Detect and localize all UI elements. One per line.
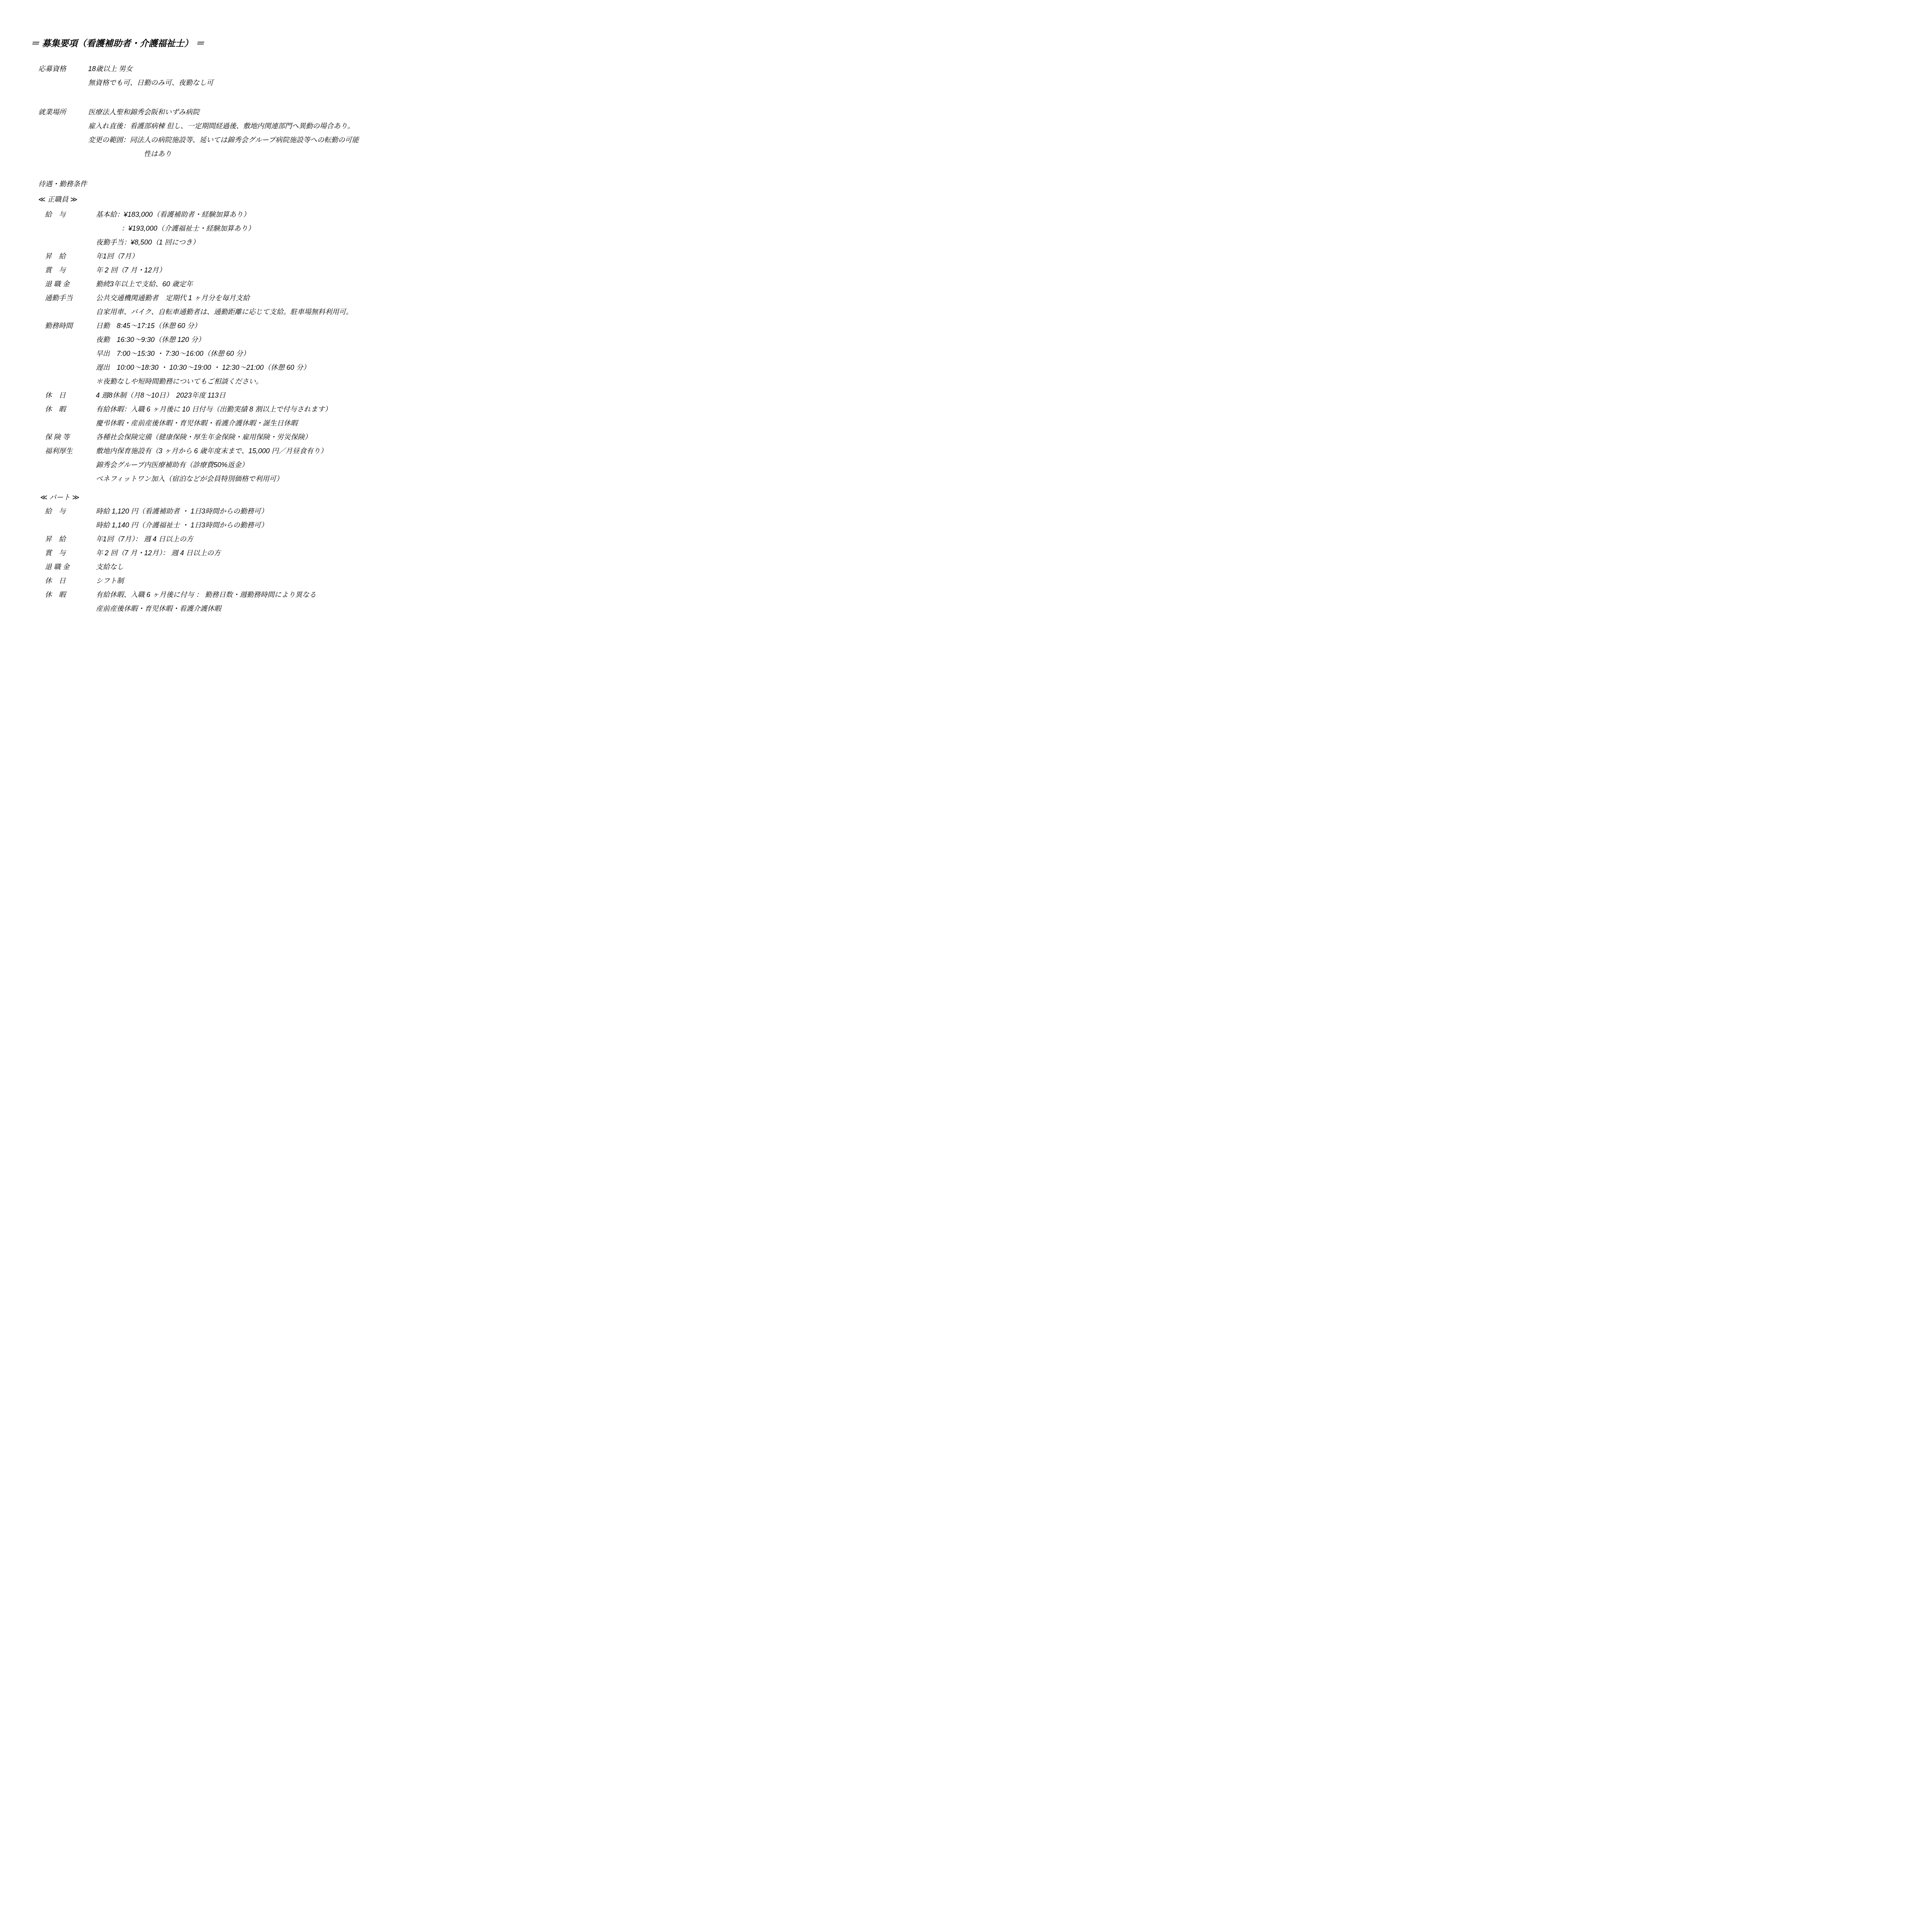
row-fulltime-bonus: 賞 与 年 2 回（7 月・12月） bbox=[0, 263, 479, 277]
field-label-holidays: 休 日 bbox=[45, 388, 66, 402]
row-parttime-holidays: 休 日 シフト制 bbox=[0, 574, 479, 588]
row-workplace-cont: 性はあり bbox=[0, 147, 479, 161]
row-qualification: 応募資格 18歳以上 男女 bbox=[0, 62, 479, 76]
row-fulltime-raise: 昇 給 年1回（7月） bbox=[0, 249, 479, 263]
row-fulltime-hours-note: ＊夜勤なしや短時間勤務についてもご相談ください。 bbox=[0, 374, 479, 388]
row-fulltime-salary: 給 与 基本給：¥183,000（看護補助者・経験加算あり） bbox=[0, 207, 479, 221]
row-parttime-retirement: 退 職 金 支給なし bbox=[0, 560, 479, 574]
row-qualification-cont: 無資格でも可、日勤のみ可、夜勤なし可 bbox=[0, 76, 479, 90]
row-parttime-leave: 休 暇 有給休暇、入職 6 ヶ月後に付与 ： 勤務日数・週勤務時間により異なる bbox=[0, 588, 479, 602]
row-parttime-leave-cont: 産前産後休暇・育児休暇・看護介護休暇 bbox=[0, 602, 479, 616]
row-parttime-bonus: 賞 与 年 2 回（7 月・12月）： 週 4 日以上の方 bbox=[0, 546, 479, 560]
field-value: 有給休暇：入職 6 ヶ月後に 10 日付与（出勤実績 8 割以上で付与されます） bbox=[96, 402, 332, 416]
field-value: 公共交通機関通勤者 定期代 1 ヶ月分を毎月支給 bbox=[96, 291, 250, 305]
field-value: 基本給：¥183,000（看護補助者・経験加算あり） bbox=[96, 207, 250, 221]
row-parttime-salary: 給 与 時給 1,120 円（看護補助者 ・ 1日3時間からの勤務可） bbox=[0, 504, 479, 518]
field-label-insurance: 保 険 等 bbox=[45, 430, 70, 444]
field-value: 自家用車、バイク、自転車通勤者は、通勤距離に応じて支給。駐車場無料利用可。 bbox=[96, 305, 353, 319]
field-label-raise: 昇 給 bbox=[45, 532, 66, 546]
field-value: 雇入れ直後：看護部病棟 但し、一定期間経過後、敷地内関連部門へ異動の場合あり。 bbox=[88, 119, 354, 133]
field-value: シフト制 bbox=[96, 574, 124, 588]
row-workplace: 就業場所 医療法人聖和錦秀会阪和いずみ病院 bbox=[0, 105, 479, 119]
field-label-leave: 休 暇 bbox=[45, 588, 66, 602]
field-value: 遅出 10:00～18:30 ・ 10:30～19:00 ・ 12:30～21:… bbox=[96, 361, 310, 374]
field-value: 時給 1,140 円（介護福祉士 ・ 1日3時間からの勤務可） bbox=[96, 518, 268, 532]
row-workplace-cont: 雇入れ直後：看護部病棟 但し、一定期間経過後、敷地内関連部門へ異動の場合あり。 bbox=[0, 119, 479, 133]
field-label-hours: 勤務時間 bbox=[45, 319, 73, 333]
field-label-holidays: 休 日 bbox=[45, 574, 66, 588]
field-value: 年 2 回（7 月・12月）： 週 4 日以上の方 bbox=[96, 546, 221, 560]
field-label-raise: 昇 給 bbox=[45, 249, 66, 263]
field-value: 年1回（7月） bbox=[96, 249, 138, 263]
field-value: 変更の範囲：同法人の病院施設等、延いては錦秀会グループ病院施設等への転勤の可能 bbox=[88, 133, 359, 147]
row-fulltime-leave-cont: 慶弔休暇・産前産後休暇・育児休暇・看護介護休暇・誕生日休暇 bbox=[0, 416, 479, 430]
row-fulltime-salary-cont: ：¥193,000（介護福祉士・経験加算あり） bbox=[0, 221, 479, 235]
field-label-benefits: 福利厚生 bbox=[45, 444, 73, 458]
field-value: 性はあり bbox=[144, 147, 172, 161]
field-value: 勤続3年以上で支給、60 歳定年 bbox=[96, 277, 193, 291]
row-fulltime-commute-cont: 自家用車、バイク、自転車通勤者は、通勤距離に応じて支給。駐車場無料利用可。 bbox=[0, 305, 479, 319]
field-label-workplace: 就業場所 bbox=[38, 105, 66, 119]
section-heading-parttime: ≪ パート ≫ bbox=[40, 490, 479, 504]
field-value: 時給 1,120 円（看護補助者 ・ 1日3時間からの勤務可） bbox=[96, 504, 268, 518]
row-fulltime-hours-cont: 夜勤 16:30～9:30（休憩 120 分） bbox=[0, 333, 479, 347]
field-label-salary: 給 与 bbox=[45, 504, 66, 518]
field-value: 早出 7:00～15:30 ・ 7:30～16:00（休憩 60 分） bbox=[96, 347, 250, 361]
field-value: 夜勤 16:30～9:30（休憩 120 分） bbox=[96, 333, 205, 347]
field-value: 錦秀会グループ内医療補助有（診療費50%返金） bbox=[96, 458, 248, 472]
field-value: 年 2 回（7 月・12月） bbox=[96, 263, 166, 277]
field-value: 無資格でも可、日勤のみ可、夜勤なし可 bbox=[88, 76, 213, 90]
field-value: 年1回（7月）： 週 4 日以上の方 bbox=[96, 532, 193, 546]
field-value: 医療法人聖和錦秀会阪和いずみ病院 bbox=[88, 105, 199, 119]
field-value: 18歳以上 男女 bbox=[88, 62, 133, 76]
field-label-bonus: 賞 与 bbox=[45, 263, 66, 277]
field-value: 産前産後休暇・育児休暇・看護介護休暇 bbox=[96, 602, 221, 616]
row-fulltime-retirement: 退 職 金 勤続3年以上で支給、60 歳定年 bbox=[0, 277, 479, 291]
field-value: 各種社会保険完備（健康保険・厚生年金保険・雇用保険・労災保険） bbox=[96, 430, 311, 444]
row-fulltime-insurance: 保 険 等 各種社会保険完備（健康保険・厚生年金保険・雇用保険・労災保険） bbox=[0, 430, 479, 444]
field-label-qualification: 応募資格 bbox=[38, 62, 66, 76]
row-fulltime-holidays: 休 日 4 週8休制（月8～10日） 2023年度 113日 bbox=[0, 388, 479, 402]
row-parttime-raise: 昇 給 年1回（7月）： 週 4 日以上の方 bbox=[0, 532, 479, 546]
row-parttime-salary-cont: 時給 1,140 円（介護福祉士 ・ 1日3時間からの勤務可） bbox=[0, 518, 479, 532]
field-value: 有給休暇、入職 6 ヶ月後に付与 ： 勤務日数・週勤務時間により異なる bbox=[96, 588, 316, 602]
row-workplace-cont: 変更の範囲：同法人の病院施設等、延いては錦秀会グループ病院施設等への転勤の可能 bbox=[0, 133, 479, 147]
row-fulltime-salary-cont: 夜勤手当：¥8,500（1 回につき） bbox=[0, 235, 479, 249]
row-fulltime-commute: 通勤手当 公共交通機関通勤者 定期代 1 ヶ月分を毎月支給 bbox=[0, 291, 479, 305]
section-heading-conditions: 待遇・勤務条件 bbox=[38, 177, 479, 191]
field-label-salary: 給 与 bbox=[45, 207, 66, 221]
field-value: 4 週8休制（月8～10日） 2023年度 113日 bbox=[96, 388, 226, 402]
field-value: ：¥193,000（介護福祉士・経験加算あり） bbox=[121, 221, 255, 235]
field-label-leave: 休 暇 bbox=[45, 402, 66, 416]
row-fulltime-benefits: 福利厚生 敷地内保育施設有（3 ヶ月から 6 歳年度末まで、15,000 円／月… bbox=[0, 444, 479, 458]
row-fulltime-hours-cont: 早出 7:00～15:30 ・ 7:30～16:00（休憩 60 分） bbox=[0, 347, 479, 361]
field-value: 日勤 8:45～17:15（休憩 60 分） bbox=[96, 319, 201, 333]
field-value: 慶弔休暇・産前産後休暇・育児休暇・看護介護休暇・誕生日休暇 bbox=[96, 416, 298, 430]
field-value: 夜勤手当：¥8,500（1 回につき） bbox=[96, 235, 199, 249]
field-value: 支給なし bbox=[96, 560, 124, 574]
field-label-commute: 通勤手当 bbox=[45, 291, 73, 305]
field-value: 敷地内保育施設有（3 ヶ月から 6 歳年度末まで、15,000 円／月昼食有り） bbox=[96, 444, 327, 458]
field-label-retirement: 退 職 金 bbox=[45, 277, 70, 291]
section-heading-fulltime: ≪ 正職員 ≫ bbox=[38, 192, 479, 206]
page-title: ＝ 募集要項（看護補助者・介護福祉士） ＝ bbox=[31, 37, 479, 49]
row-fulltime-benefits-cont: ベネフィットワン加入（宿泊などが会員特別価格で利用可） bbox=[0, 472, 479, 486]
field-value: ベネフィットワン加入（宿泊などが会員特別価格で利用可） bbox=[96, 472, 283, 486]
row-fulltime-hours-cont: 遅出 10:00～18:30 ・ 10:30～19:00 ・ 12:30～21:… bbox=[0, 361, 479, 374]
field-value: ＊夜勤なしや短時間勤務についてもご相談ください。 bbox=[96, 374, 263, 388]
row-fulltime-leave: 休 暇 有給休暇：入職 6 ヶ月後に 10 日付与（出勤実績 8 割以上で付与さ… bbox=[0, 402, 479, 416]
row-fulltime-hours: 勤務時間 日勤 8:45～17:15（休憩 60 分） bbox=[0, 319, 479, 333]
row-fulltime-benefits-cont: 錦秀会グループ内医療補助有（診療費50%返金） bbox=[0, 458, 479, 472]
field-label-bonus: 賞 与 bbox=[45, 546, 66, 560]
recruitment-document-page: ＝ 募集要項（看護補助者・介護福祉士） ＝ 応募資格 18歳以上 男女 無資格で… bbox=[0, 0, 479, 678]
field-label-retirement: 退 職 金 bbox=[45, 560, 70, 574]
